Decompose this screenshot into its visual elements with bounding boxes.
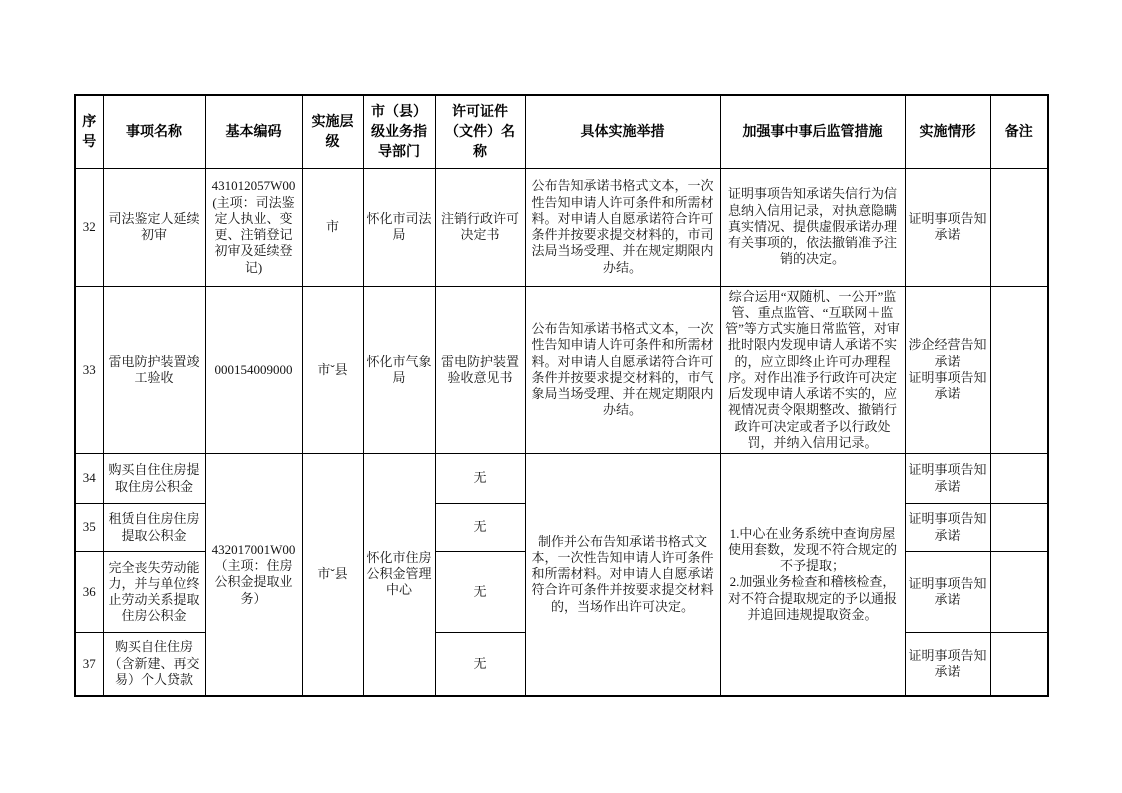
cell-37-seq: 37 (75, 633, 103, 696)
cell-37-cert-name: 无 (435, 633, 525, 696)
col-header-supervision: 加强事中事后监管措施 (720, 95, 905, 168)
cell-32-measures: 公布告知承诺书格式文本，一次性告知申请人许可条件和所需材料。对申请人自愿承诺符合… (525, 168, 720, 286)
cell-35-remark (990, 504, 1048, 552)
col-header-remark: 备注 (990, 95, 1048, 168)
cell-34-37-measures: 制作并公布告知承诺书格式文本，一次性告知申请人许可条件和所需材料。对申请人自愿承… (525, 454, 720, 696)
table-row-34: 34 购买自住住房提取住房公积金 432017001W00 （主项：住房公积金提… (75, 454, 1048, 504)
document-page: 序号 事项名称 基本编码 实施层级 市（县）级业务指导部门 许可证件（文件）名称… (0, 0, 1122, 793)
cell-34-37-impl-level: 市ˇ县 (302, 454, 363, 696)
cell-35-item-name: 租赁自住房住房提取公积金 (103, 504, 205, 552)
col-header-seq: 序号 (75, 95, 103, 168)
cell-36-cert-name: 无 (435, 552, 525, 633)
cell-32-guidance-dept: 怀化市司法局 (363, 168, 435, 286)
table-row-32: 32 司法鉴定人延续初审 431012057W00 (主项：司法鉴定人执业、变更… (75, 168, 1048, 286)
cell-34-37-supervision: 1.中心在业务系统中查询房屋使用套数，发现不符合规定的不予提取； 2.加强业务检… (720, 454, 905, 696)
cell-36-item-name: 完全丧失劳动能力，并与单位终止劳动关系提取住房公积金 (103, 552, 205, 633)
cell-33-situation: 涉企经营告知承诺 证明事项告知承诺 (905, 286, 990, 454)
cell-34-37-basic-code: 432017001W00 （主项：住房公积金提取业务） (205, 454, 302, 696)
col-header-measures: 具体实施举措 (525, 95, 720, 168)
table-row-33: 33 雷电防护装置竣工验收 000154009000 市ˇ县 怀化市气象局 雷电… (75, 286, 1048, 454)
cell-33-supervision: 综合运用“双随机、一公开”监管、重点监管、“互联网＋监管”等方式实施日常监管，对… (720, 286, 905, 454)
cell-37-remark (990, 633, 1048, 696)
cell-34-remark (990, 454, 1048, 504)
cell-33-guidance-dept: 怀化市气象局 (363, 286, 435, 454)
cell-32-remark (990, 168, 1048, 286)
cell-36-seq: 36 (75, 552, 103, 633)
cell-32-basic-code: 431012057W00 (主项：司法鉴定人执业、变更、注销登记初审及延续登记) (205, 168, 302, 286)
cell-33-remark (990, 286, 1048, 454)
cell-35-cert-name: 无 (435, 504, 525, 552)
cell-36-remark (990, 552, 1048, 633)
cell-32-item-name: 司法鉴定人延续初审 (103, 168, 205, 286)
cell-35-seq: 35 (75, 504, 103, 552)
approval-items-table: 序号 事项名称 基本编码 实施层级 市（县）级业务指导部门 许可证件（文件）名称… (74, 94, 1049, 697)
cell-33-impl-level: 市ˇ县 (302, 286, 363, 454)
col-header-impl-level: 实施层级 (302, 95, 363, 168)
cell-33-item-name: 雷电防护装置竣工验收 (103, 286, 205, 454)
cell-34-seq: 34 (75, 454, 103, 504)
cell-32-cert-name: 注销行政许可决定书 (435, 168, 525, 286)
cell-35-situation: 证明事项告知承诺 (905, 504, 990, 552)
cell-32-situation: 证明事项告知承诺 (905, 168, 990, 286)
col-header-basic-code: 基本编码 (205, 95, 302, 168)
cell-37-situation: 证明事项告知承诺 (905, 633, 990, 696)
cell-34-37-guidance-dept: 怀化市住房公积金管理中心 (363, 454, 435, 696)
cell-33-basic-code: 000154009000 (205, 286, 302, 454)
cell-34-item-name: 购买自住住房提取住房公积金 (103, 454, 205, 504)
cell-33-measures: 公布告知承诺书格式文本，一次性告知申请人许可条件和所需材料。对申请人自愿承诺符合… (525, 286, 720, 454)
cell-32-seq: 32 (75, 168, 103, 286)
cell-32-impl-level: 市 (302, 168, 363, 286)
cell-37-item-name: 购买自住住房（含新建、再交易）个人贷款 (103, 633, 205, 696)
col-header-item-name: 事项名称 (103, 95, 205, 168)
col-header-guidance-dept: 市（县）级业务指导部门 (363, 95, 435, 168)
cell-34-cert-name: 无 (435, 454, 525, 504)
col-header-cert-name: 许可证件（文件）名称 (435, 95, 525, 168)
cell-32-supervision: 证明事项告知承诺失信行为信息纳入信用记录，对执意隐瞒真实情况、提供虚假承诺办理有… (720, 168, 905, 286)
cell-34-situation: 证明事项告知承诺 (905, 454, 990, 504)
cell-33-seq: 33 (75, 286, 103, 454)
table-header-row: 序号 事项名称 基本编码 实施层级 市（县）级业务指导部门 许可证件（文件）名称… (75, 95, 1048, 168)
cell-33-cert-name: 雷电防护装置验收意见书 (435, 286, 525, 454)
cell-36-situation: 证明事项告知承诺 (905, 552, 990, 633)
col-header-situation: 实施情形 (905, 95, 990, 168)
